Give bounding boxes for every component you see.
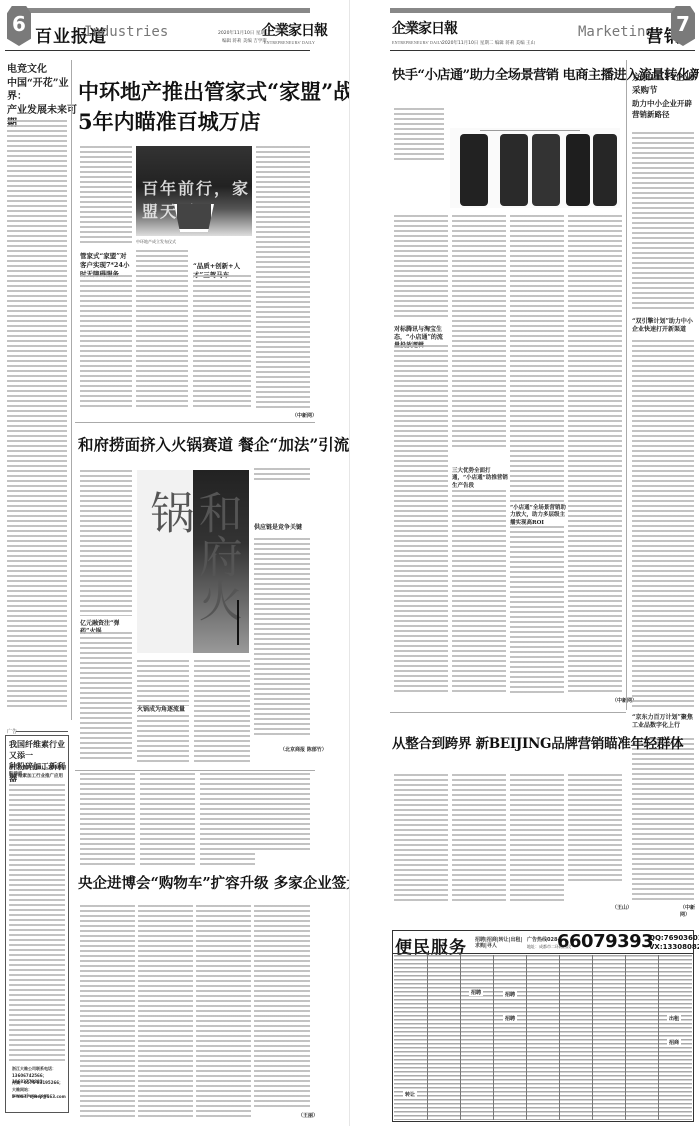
story2-headline[interactable]: 从整合到跨界 新BEIJING品牌营销瞄准年轻群体 — [392, 737, 683, 753]
classified-heading: 招聘 — [503, 1015, 517, 1022]
sign-stand — [237, 600, 239, 645]
story2-body-col4 — [568, 774, 622, 884]
classified-heading: 出租 — [667, 1015, 681, 1022]
classified-col-2 — [427, 955, 460, 1120]
paper-logo-en: ENTREPRENEURS' DAILY — [264, 40, 315, 45]
lead-body-col2b — [452, 490, 506, 695]
masthead-bar — [390, 8, 680, 13]
phone-screen-1 — [460, 134, 488, 206]
service-qq[interactable]: QQ:769036015 — [649, 934, 699, 943]
ad-email[interactable]: E-mail：zjwsp@163.com — [12, 1094, 66, 1100]
story2-body-col1 — [394, 774, 448, 904]
ad-fax: 传真：0576-83195266； — [12, 1080, 63, 1086]
story2-body-col1b — [80, 632, 132, 762]
page-number-badge: 6 — [7, 6, 31, 46]
right-page: 企業家日報 ENTREPRENEURS' DAILY 2020年11月10日 星… — [350, 0, 699, 1126]
section-title-en: Marketing — [578, 24, 654, 40]
lead-app-screenshots — [450, 128, 620, 208]
classified-heading: 招聘 — [469, 989, 483, 996]
story2-body-col3 — [194, 660, 250, 762]
advertisement-box[interactable]: 我国纤维素行业又添一 种粉碎加工新利器 浙江大维大型JNLJ-700精研粉碎机 … — [5, 735, 69, 1113]
side-body-2 — [632, 340, 694, 710]
sidebar-body-text — [7, 120, 67, 710]
phone-screen-5 — [593, 134, 617, 206]
service-categories: 招聘|招商|转让|出租|求购|寻人 — [475, 937, 525, 949]
story-divider — [75, 422, 315, 423]
lead-body-col2 — [136, 250, 188, 410]
story-divider — [390, 712, 626, 713]
story3-body-col4 — [254, 905, 310, 1110]
classified-heading: 招商 — [667, 1039, 681, 1046]
lead-body-col3 — [510, 215, 564, 505]
lead-body-col1b — [394, 345, 448, 695]
classified-col-8 — [625, 955, 658, 1120]
lead-body-col3 — [193, 275, 251, 410]
classified-col-7 — [592, 955, 625, 1120]
story2-subhead-3: 火锅成为角逐流量 — [137, 706, 197, 714]
classified-heading: 转让 — [403, 1091, 417, 1098]
column-divider — [71, 60, 72, 720]
calligraphy-sign: 和府火锅 — [143, 490, 240, 653]
service-header-rule — [393, 953, 693, 954]
dateline: 2020年11月10日 星期二 编辑 蒋莉 美编 王山 — [442, 40, 535, 46]
story2-body-tail-4 — [255, 773, 310, 853]
story2-body-col4 — [254, 538, 310, 738]
story2-byline: （王山） — [612, 904, 632, 911]
editor-line: 编辑 蒋莉 美编 吉学斯 — [222, 38, 267, 44]
classified-service-box[interactable]: 便民服务 招聘|招商|转让|出租|求购|寻人 广告热线028- 66079393… — [392, 930, 694, 1122]
story2-body-col3 — [510, 774, 564, 904]
service-hotline-label: 广告热线028- — [527, 937, 560, 943]
story3-byline: （王丽） — [298, 1112, 318, 1119]
ad-contact-label: 浙江大维公司联系电话： — [12, 1066, 56, 1072]
stage-graphic — [174, 204, 214, 232]
lead-body-col1 — [80, 146, 132, 246]
side-body-1 — [632, 132, 694, 310]
ad-subline-2: 在纤维素加工行业推广应用 — [9, 774, 69, 780]
story2-photo: 和府火锅 — [137, 470, 249, 653]
classified-col-4 — [493, 955, 526, 1120]
phone-screen-4 — [566, 134, 590, 206]
story2-body-tail-3 — [200, 773, 255, 865]
lead-headline-line1[interactable]: 中环地产推出管家式“家盟”战略 — [78, 80, 375, 104]
story2-body-col1 — [80, 470, 132, 616]
section-title-en: Industries — [84, 24, 168, 40]
story2-body-tail-1 — [80, 773, 135, 865]
lead-body-col4 — [256, 146, 310, 410]
service-vx[interactable]: VX:13308082189 — [649, 943, 699, 952]
phone-screen-2 — [500, 134, 528, 206]
story3-headline[interactable]: 央企进博会“购物车”扩容升级 多家企业签大单 — [78, 876, 375, 893]
lead-photo: 百年前行，家盟天下 — [136, 146, 252, 236]
story3-body-col2 — [138, 905, 193, 1117]
side-byline: （中新网） — [680, 904, 699, 918]
lead-photo-caption: 中环地产成立发布仪式 — [136, 239, 176, 245]
lead-body-col2 — [452, 215, 506, 450]
lead-body-col3b — [510, 526, 564, 696]
lead-body-col4 — [568, 215, 622, 695]
side-subhead-2: “京东力百万计划”聚焦工业品数字化上行 — [632, 714, 694, 730]
story2-body-col4a — [254, 468, 310, 480]
classified-col-6 — [559, 955, 592, 1120]
lead-body-col1b — [80, 275, 132, 410]
lead-body-col1 — [394, 215, 448, 320]
story2-subhead-1: 供应链是竞争关键 — [254, 524, 310, 532]
lead-headline-line2[interactable]: 5年内瞄准百城万店 — [78, 110, 261, 134]
story2-body-col2 — [452, 774, 506, 904]
masthead-bar — [14, 8, 310, 13]
paper-logo-en: ENTREPRENEURS' DAILY — [392, 40, 443, 45]
side-headline[interactable]: 京东11.11企业采购节 助力中小企业开辟营销新路径 — [632, 72, 694, 120]
flow-line — [480, 130, 580, 131]
story3-body-col1 — [80, 905, 135, 1117]
service-phone[interactable]: 66079393 — [557, 931, 653, 952]
side-subhead-1: “双引擎计划”助力中小企业快速打开新渠道 — [632, 318, 694, 334]
story-divider-2 — [75, 770, 315, 771]
side-body-3 — [632, 738, 694, 903]
lead-subhead-2: 三大优势全面打通，“小店通”助推营销生产告段 — [452, 468, 508, 490]
ad-body-text — [9, 784, 65, 1062]
classified-col-5 — [526, 955, 559, 1120]
story2-byline: （北京商报 陈郁竹） — [280, 746, 327, 753]
masthead-rule — [390, 50, 695, 51]
lead-byline: （中新网） — [292, 412, 317, 419]
paper-logo: 企業家日報 — [392, 18, 457, 38]
classified-col-3 — [460, 955, 493, 1120]
lead-subhead-3: “小店通”全场景营销助力放大，助力多层级主播实现高ROI — [510, 505, 566, 527]
paper-logo: 企業家日報 — [262, 20, 327, 40]
lead-intro-text — [394, 108, 444, 160]
story2-body-tail-2 — [140, 773, 195, 865]
left-page: 6 百业报道 Industries 2020年11月10日 星期二 编辑 蒋莉 … — [0, 0, 350, 1126]
classified-heading: 招聘 — [503, 991, 517, 998]
column-divider — [626, 60, 627, 710]
phone-screen-3 — [532, 134, 560, 206]
masthead-rule — [5, 50, 310, 51]
ad-tag-rule — [16, 731, 68, 732]
story3-body-col3 — [196, 905, 251, 1117]
classified-col-9 — [658, 955, 692, 1120]
page-number-badge: 7 — [671, 6, 695, 46]
service-address: 地址：成都市二环路西段 — [527, 945, 571, 950]
